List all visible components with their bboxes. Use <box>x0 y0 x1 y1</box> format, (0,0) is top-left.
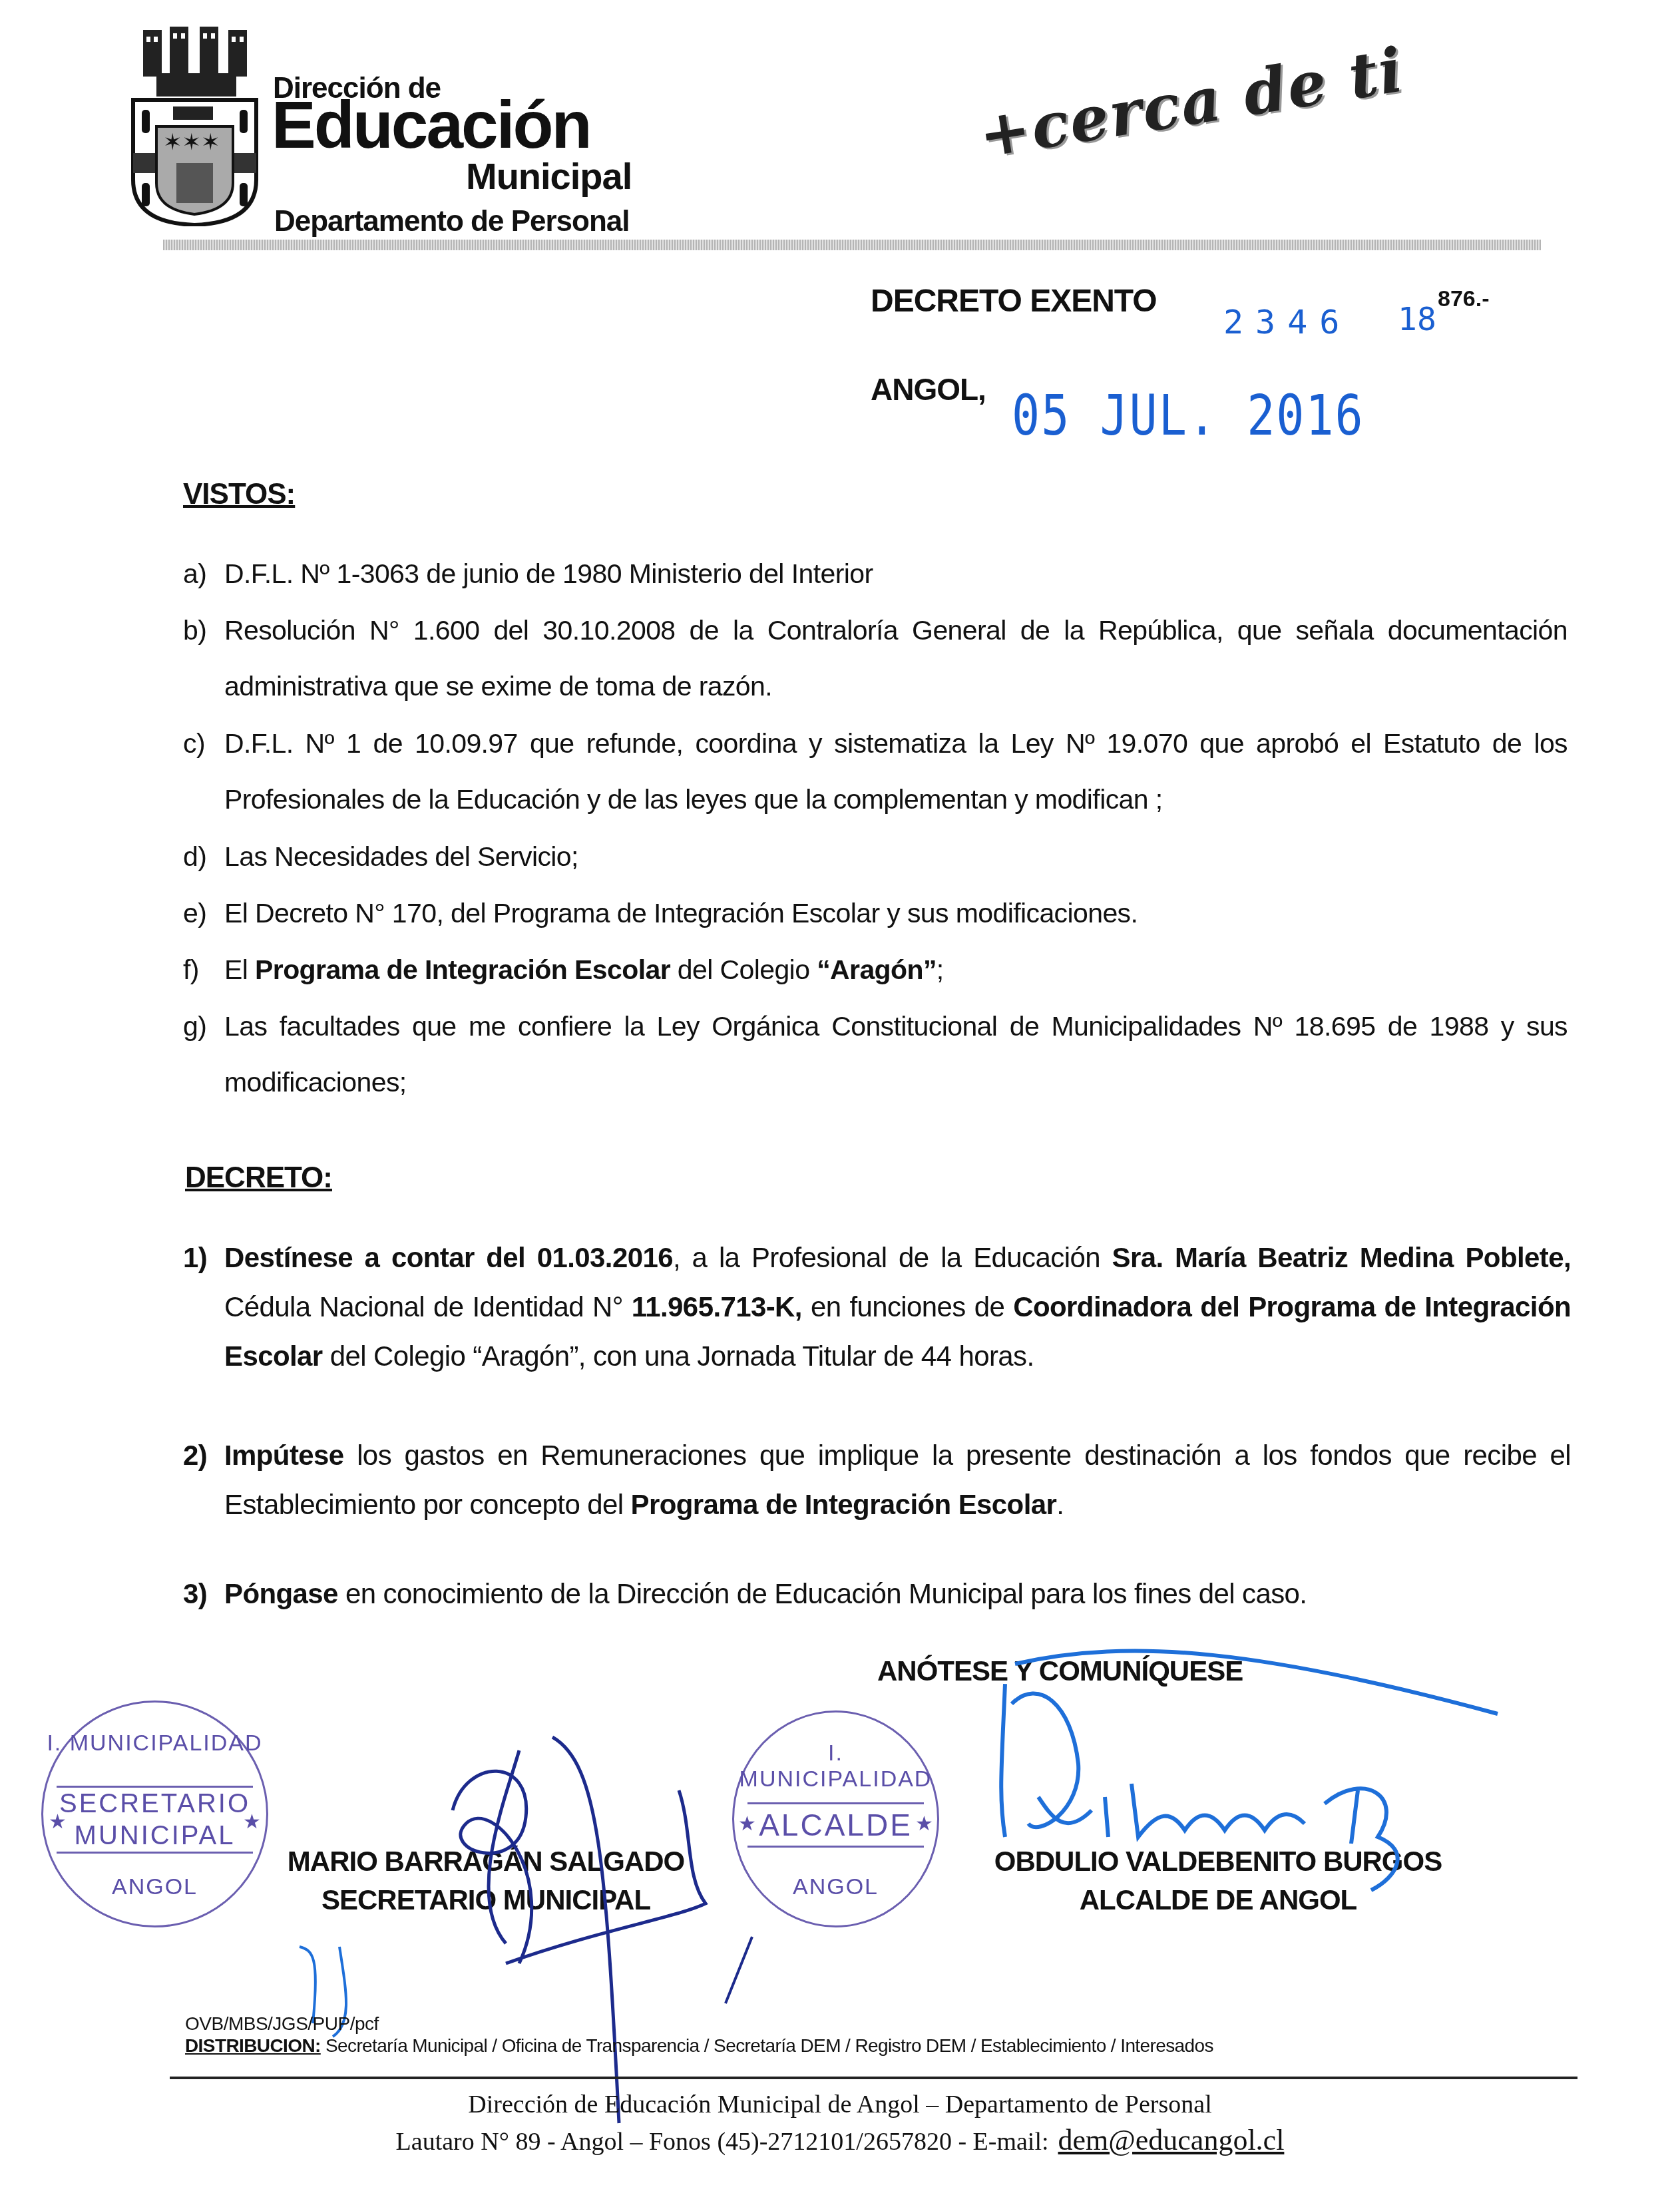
email-link[interactable]: dem@educangol.cl <box>1058 2124 1285 2156</box>
footer-divider <box>170 2077 1577 2079</box>
typist-initials: OVB/MBS/JGS/PUP/pcf <box>185 2013 379 2035</box>
distribution-list: DISTRIBUCION: Secretaría Municipal / Ofi… <box>185 2035 1213 2057</box>
footer-contact: Lautaro N° 89 - Angol – Fonos (45)-27121… <box>0 2123 1680 2157</box>
handwritten-signature-alcalde <box>0 0 1680 2201</box>
footer-organization: Dirección de Educación Municipal de Ango… <box>0 2090 1680 2119</box>
